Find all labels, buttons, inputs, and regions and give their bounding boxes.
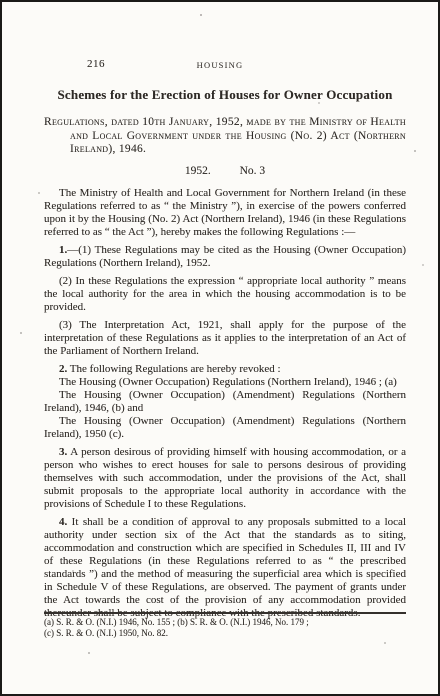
revoked-item: The Housing (Owner Occupation) (Amendmen… bbox=[44, 415, 406, 441]
regulation-number: 1. bbox=[59, 244, 67, 256]
regulation-1-3: (3) The Interpretation Act, 1921, shall … bbox=[44, 319, 406, 358]
footnote-rule bbox=[44, 612, 406, 614]
page-header: 216 HOUSING bbox=[44, 58, 406, 72]
instrument-year: 1952. bbox=[185, 165, 211, 177]
regulation-1-2: (2) In these Regulations the expression … bbox=[44, 275, 406, 314]
regulation-text: —(1) These Regulations may be cited as t… bbox=[44, 244, 406, 269]
regulations-heading: Regulations, dated 10th January, 1952, m… bbox=[44, 116, 406, 157]
regulation-number: 3. bbox=[59, 446, 67, 458]
footnote-block: (a) S. R. & O. (N.I.) 1946, No. 155 ; (b… bbox=[44, 612, 406, 638]
document-title: Schemes for the Erection of Houses for O… bbox=[44, 87, 406, 103]
regulation-2-group: 2. The following Regulations are hereby … bbox=[44, 363, 406, 441]
document-page: 216 HOUSING Schemes for the Erection of … bbox=[0, 0, 440, 696]
regulation-text: (3) The Interpretation Act, 1921, shall … bbox=[44, 319, 406, 357]
regulation-3: 3. A person desirous of providing himsel… bbox=[44, 446, 406, 511]
regulation-4: 4. It shall be a condition of approval t… bbox=[44, 516, 406, 620]
regulation-2: 2. The following Regulations are hereby … bbox=[44, 363, 406, 376]
regulation-text: A person desirous of providing himself w… bbox=[44, 446, 406, 510]
footnote-line: (a) S. R. & O. (N.I.) 1946, No. 155 ; (b… bbox=[44, 617, 406, 628]
intro-paragraph: The Ministry of Health and Local Governm… bbox=[44, 187, 406, 239]
regulation-text: It shall be a condition of approval to a… bbox=[44, 516, 406, 619]
running-head: HOUSING bbox=[44, 60, 396, 70]
regulation-number: 4. bbox=[59, 516, 67, 528]
regulation-number: 2. bbox=[59, 363, 67, 375]
regulation-1-1: 1.—(1) These Regulations may be cited as… bbox=[44, 244, 406, 270]
body-text: The Ministry of Health and Local Governm… bbox=[44, 187, 406, 620]
regulation-text: The following Regulations are hereby rev… bbox=[67, 363, 280, 375]
instrument-number-line: 1952. No. 3 bbox=[44, 165, 406, 177]
revoked-item: The Housing (Owner Occupation) Regulatio… bbox=[44, 376, 406, 389]
revoked-item: The Housing (Owner Occupation) (Amendmen… bbox=[44, 389, 406, 415]
instrument-serial: No. 3 bbox=[240, 165, 266, 177]
regulation-text: (2) In these Regulations the expression … bbox=[44, 275, 406, 313]
footnote-line: (c) S. R. & O. (N.I.) 1950, No. 82. bbox=[44, 628, 406, 639]
